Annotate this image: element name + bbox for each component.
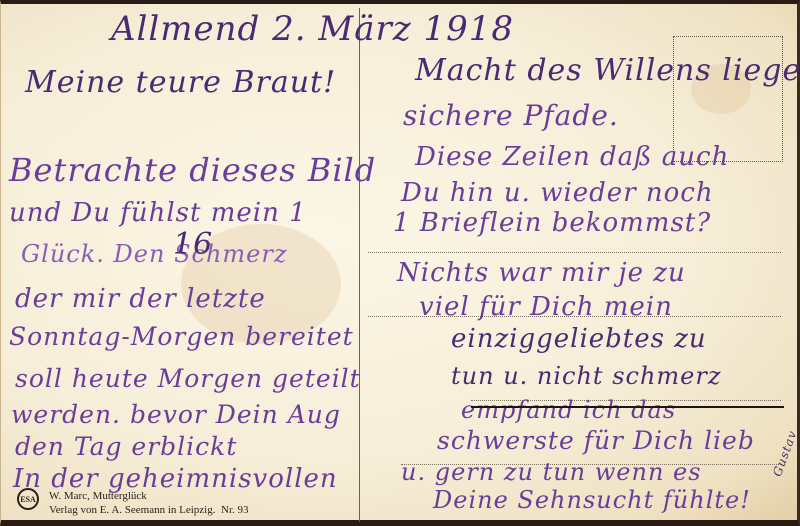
message-line: Deine Sehnsucht fühlte! xyxy=(433,488,751,512)
message-line: schwerste für Dich lieb xyxy=(437,428,755,453)
message-line: sichere Pfade. xyxy=(403,102,619,130)
signature-fragment: Gustav xyxy=(771,429,799,478)
address-line xyxy=(368,252,781,253)
message-line: werden. bevor Dein Aug xyxy=(11,402,341,427)
card-number: Nr. 93 xyxy=(221,504,249,516)
message-line: tun u. nicht schmerz xyxy=(451,364,722,388)
number-mark: 16 xyxy=(173,230,213,260)
message-line: Diese Zeilen daß auch xyxy=(415,144,729,170)
postcard-divider xyxy=(359,8,360,522)
message-line: viel für Dich mein xyxy=(419,294,673,320)
message-line: den Tag erblickt xyxy=(15,434,237,459)
message-line: einziggeliebtes zu xyxy=(451,326,707,352)
message-line: 1 Brieflein bekommst? xyxy=(393,210,711,236)
publisher-caption: Verlag von E. A. Seemann in Leipzig. Nr.… xyxy=(49,504,249,516)
message-line: der mir der letzte xyxy=(15,286,266,312)
message-line: Sonntag-Morgen bereitet xyxy=(9,324,354,349)
place-date: Allmend 2. März 1918 xyxy=(111,12,514,46)
postcard: Allmend 2. März 1918 Meine teure Braut! … xyxy=(0,0,800,526)
message-line: Nichts war mir je zu xyxy=(397,260,686,286)
publisher-name: Verlag von E. A. Seemann in Leipzig. xyxy=(49,504,216,516)
message-line: und Du fühlst mein 1 xyxy=(9,200,307,226)
message-line: Betrachte dieses Bild xyxy=(9,154,376,186)
message-line: Macht des Willens liegen xyxy=(415,56,800,86)
struck-through-line: empfand ich das xyxy=(461,398,676,422)
message-line: u. gern zu tun wenn es xyxy=(401,460,702,484)
message-line: soll heute Morgen geteilt xyxy=(15,366,361,391)
salutation: Meine teure Braut! xyxy=(25,68,336,98)
publisher-logo-icon: ESA xyxy=(17,488,39,510)
strike-through-mark xyxy=(471,406,784,408)
message-line: Glück. Den Schmerz xyxy=(21,242,288,266)
message-line: Du hin u. wieder noch xyxy=(401,180,714,206)
artist-title: W. Marc, Mutterglück xyxy=(49,490,147,502)
message-line: In der geheimnisvollen xyxy=(13,466,338,492)
